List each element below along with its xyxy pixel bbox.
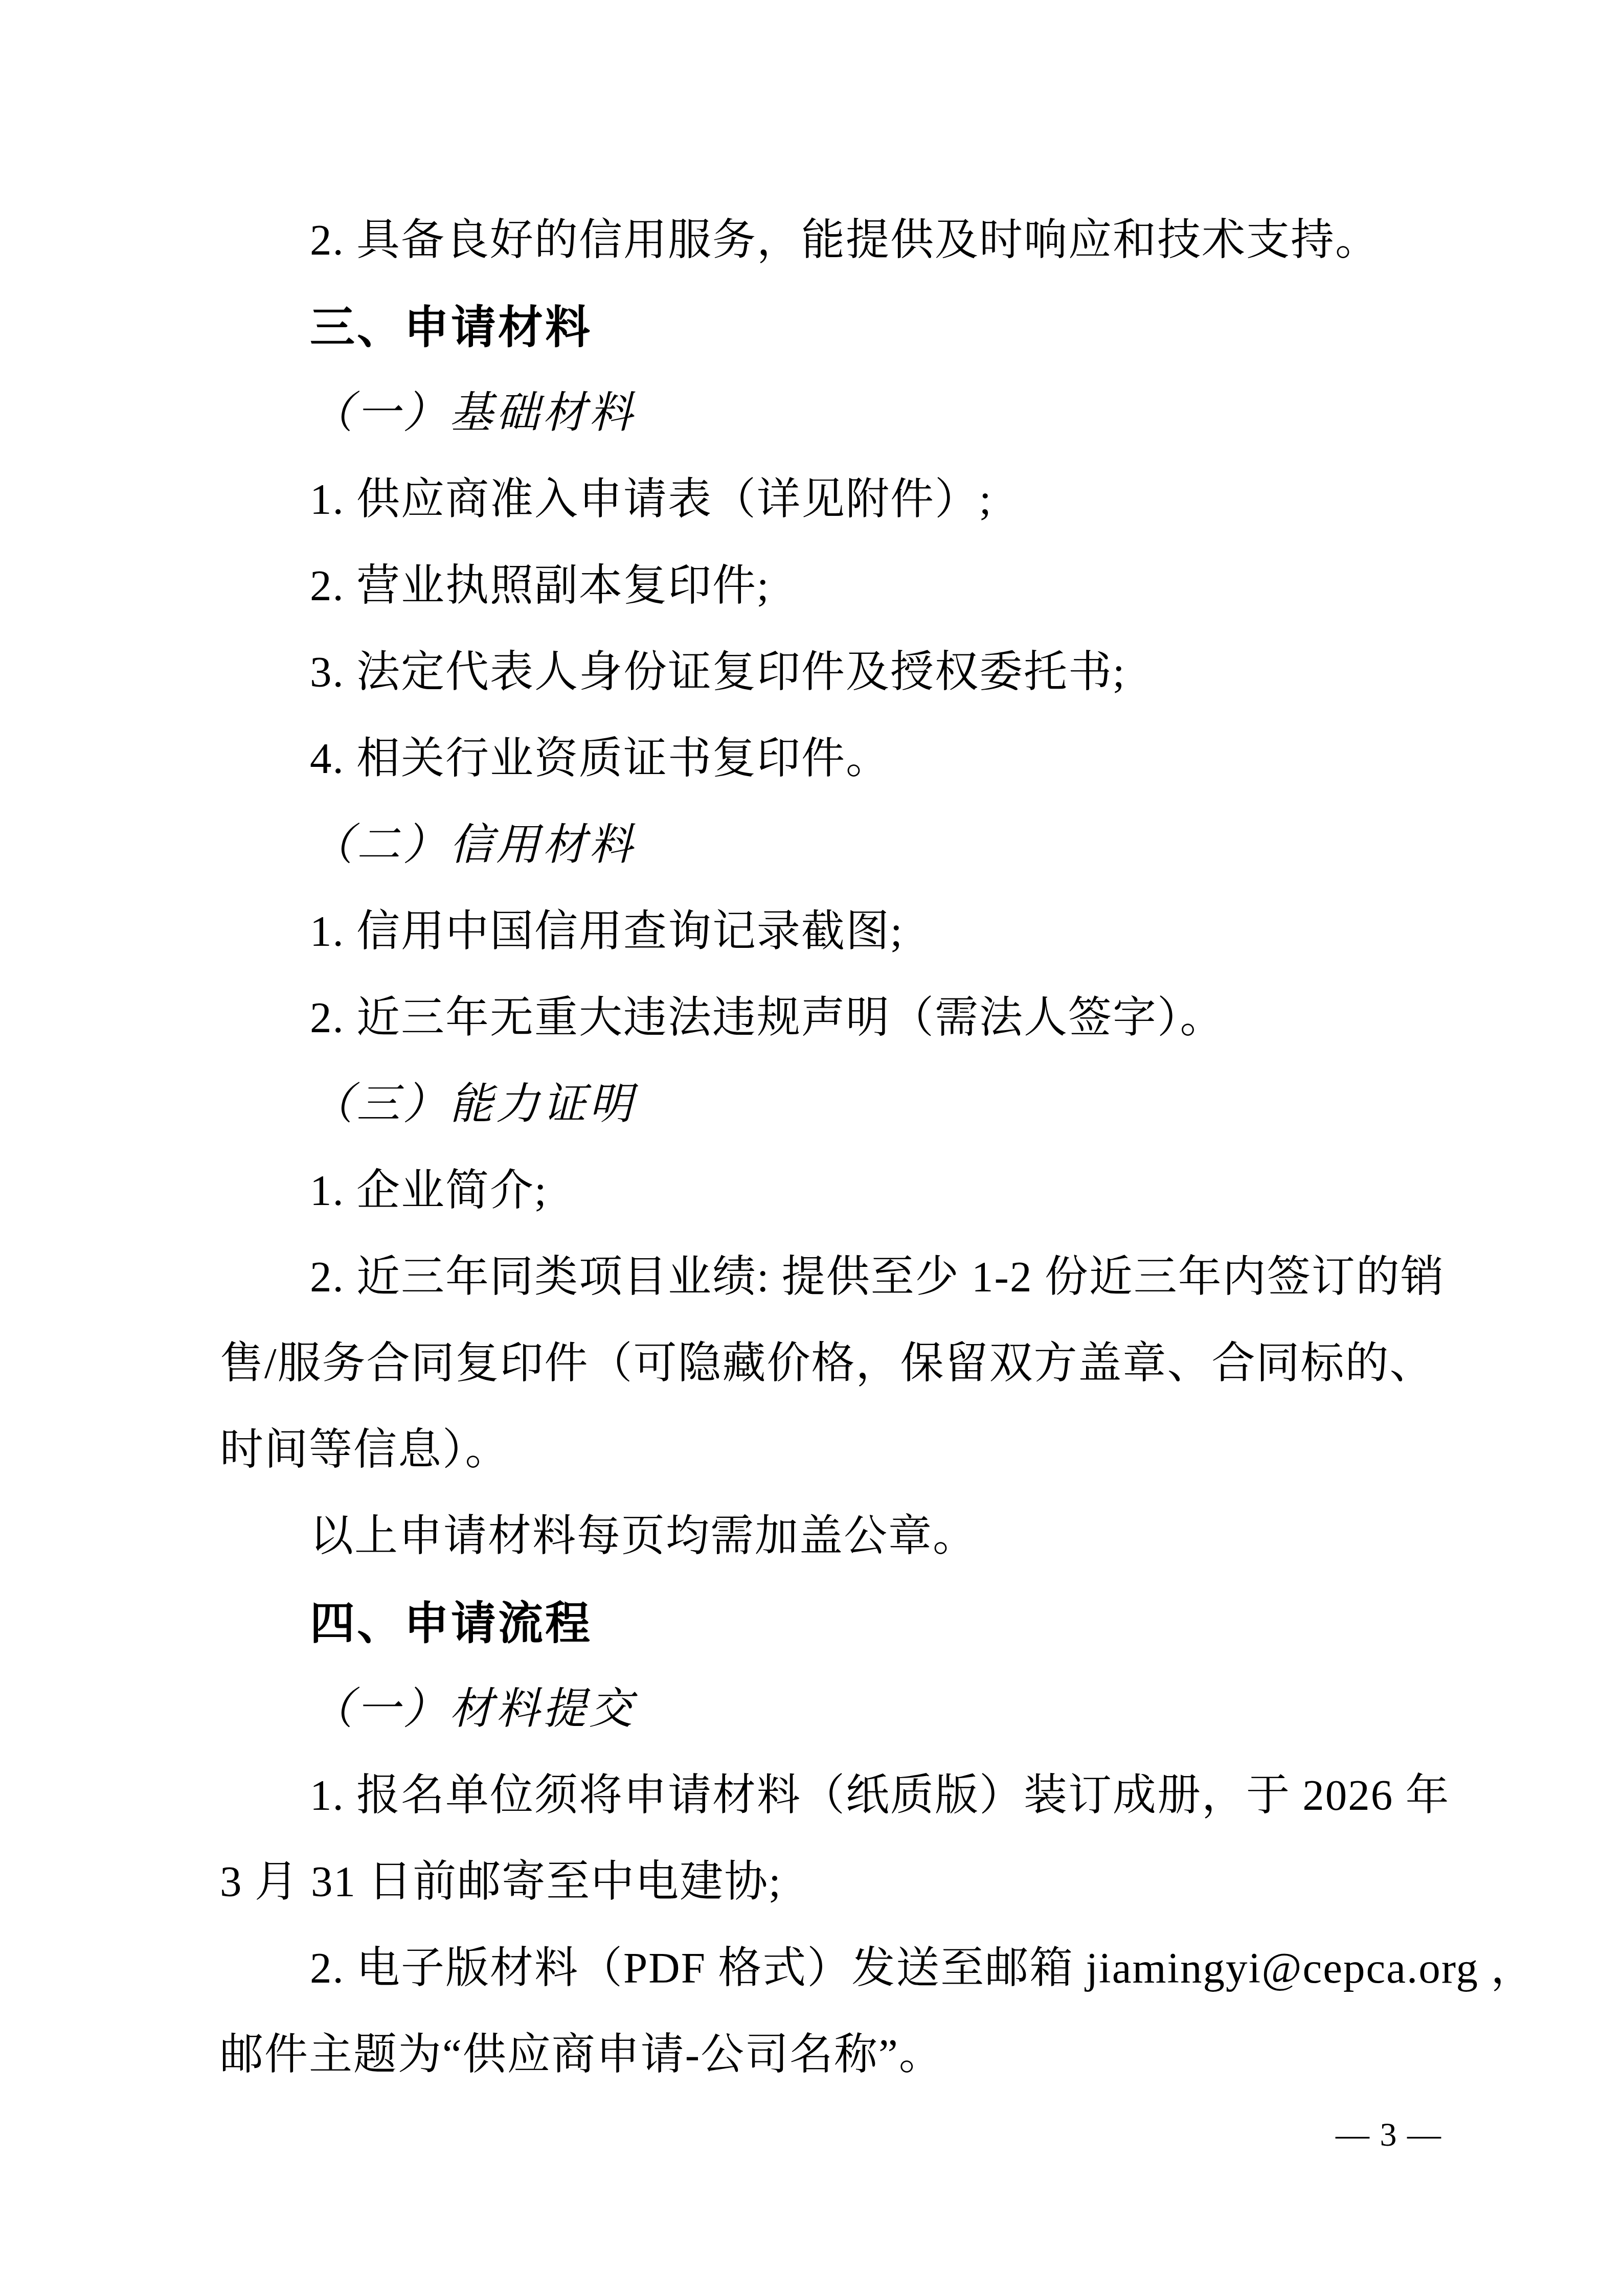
continuation-line: 时间等信息）。 (220, 1407, 1422, 1493)
paragraph-line: 以上申请材料每页均需加盖公章。 (220, 1493, 1422, 1580)
subsection-heading-1: （一）基础材料 (220, 370, 1422, 457)
subsection-heading-4: （一）材料提交 (220, 1666, 1422, 1753)
list-item: 2. 营业执照副本复印件; (220, 543, 1422, 629)
list-item: 1. 供应商准入申请表（详见附件）; (220, 457, 1422, 543)
list-item: 1. 企业简介; (220, 1148, 1422, 1234)
continuation-line: 邮件主题为“供应商申请-公司名称”。 (220, 2012, 1422, 2098)
subsection-heading-3: （三）能力证明 (220, 1061, 1422, 1148)
paragraph-line: 2. 具备良好的信用服务，能提供及时响应和技术支持。 (220, 197, 1422, 284)
list-item: 1. 报名单位须将申请材料（纸质版）装订成册，于 2026 年 (220, 1753, 1422, 1839)
list-item: 3. 法定代表人身份证复印件及授权委托书; (220, 629, 1422, 716)
page-number: — 3 — (1336, 2115, 1442, 2155)
continuation-line: 售/服务合同复印件（可隐藏价格，保留双方盖章、合同标的、 (220, 1321, 1422, 1407)
list-item: 4. 相关行业资质证书复印件。 (220, 716, 1422, 802)
subsection-heading-2: （二）信用材料 (220, 802, 1422, 889)
list-item: 2. 近三年无重大违法违规声明（需法人签字）。 (220, 975, 1422, 1061)
section-heading-4: 四、申请流程 (220, 1580, 1422, 1666)
continuation-line: 3 月 31 日前邮寄至中电建协; (220, 1839, 1422, 1925)
section-heading-3: 三、申请材料 (220, 284, 1422, 370)
list-item: 1. 信用中国信用查询记录截图; (220, 889, 1422, 975)
document-body: 2. 具备良好的信用服务，能提供及时响应和技术支持。 三、申请材料 （一）基础材… (220, 197, 1422, 2098)
document-page: 2. 具备良好的信用服务，能提供及时响应和技术支持。 三、申请材料 （一）基础材… (0, 0, 1624, 2296)
list-item: 2. 电子版材料（PDF 格式）发送至邮箱 jiamingyi@cepca.or… (220, 1925, 1422, 2012)
list-item: 2. 近三年同类项目业绩: 提供至少 1-2 份近三年内签订的销 (220, 1234, 1422, 1321)
